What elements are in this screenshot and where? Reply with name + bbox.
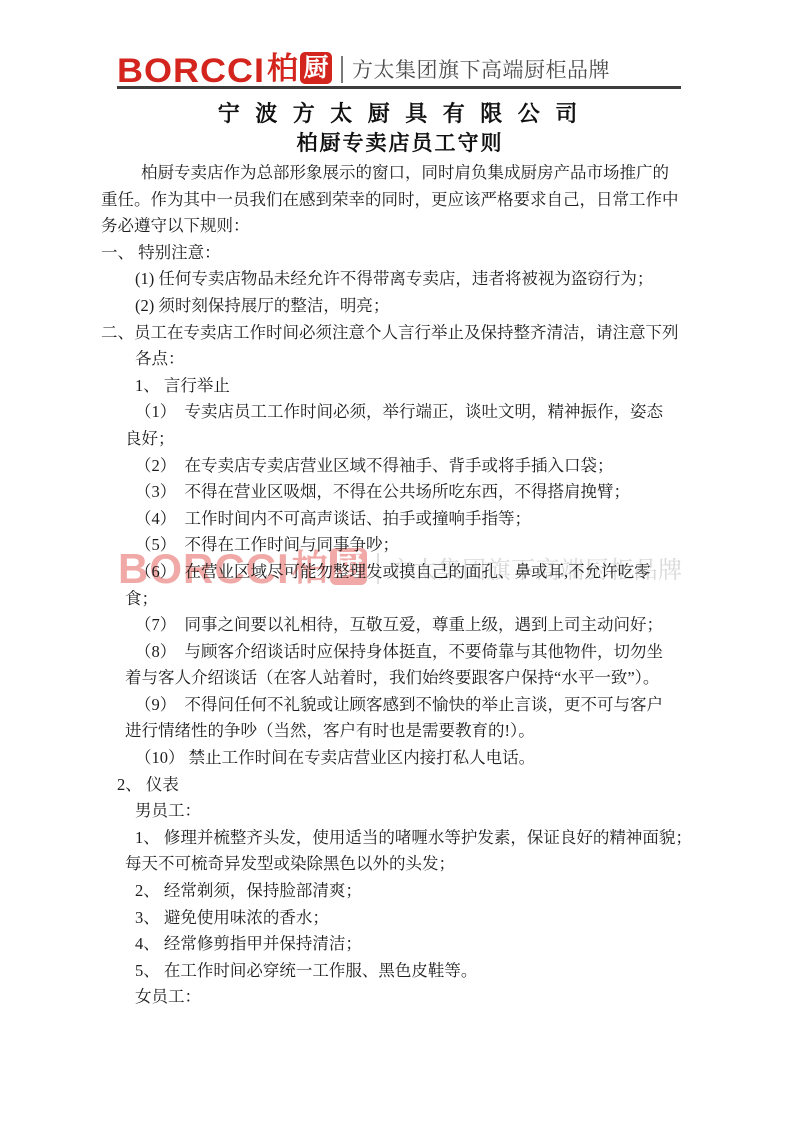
brand-logo: BORCCI 柏 厨 方太集团旗下高端厨柜品牌 <box>117 50 683 84</box>
logo-chu-character-box: 厨 <box>300 52 332 84</box>
body-line: 1、 言行举止 <box>101 373 695 400</box>
brand-tagline: 方太集团旗下高端厨柜品牌 <box>352 58 610 84</box>
logo-bai-character: 柏 <box>267 54 298 84</box>
company-title: 宁 波 方 太 厨 具 有 限 公 司 <box>0 100 800 127</box>
logo-separator-bar <box>341 56 343 83</box>
header: BORCCI 柏 厨 方太集团旗下高端厨柜品牌 <box>117 50 683 89</box>
body-line: 2、 经常剃须，保持脸部清爽； <box>101 878 695 905</box>
borcci-wordmark: BORCCI <box>117 57 265 84</box>
body-line: 着与客人介绍谈话（在客人站着时，我们始终要跟客户保持“水平一致”）。 <box>101 665 695 692</box>
body-line: 重任。作为其中一员我们在感到荣幸的同时，更应该严格要求自己，日常工作中 <box>101 187 695 214</box>
body-line: 每天不可梳奇异发型或染除黑色以外的头发； <box>101 851 695 878</box>
body-line: （6） 在营业区域尽可能勿整理发或摸自己的面孔、鼻或耳,不允许吃零 <box>101 559 695 586</box>
body-line: 各点： <box>101 346 695 373</box>
body-line: （5） 不得在工作时间与同事争吵； <box>101 532 695 559</box>
body-line: （7） 同事之间要以礼相待，互敬互爱，尊重上级，遇到上司主动问好； <box>101 612 695 639</box>
body-line: 女员工： <box>101 984 695 1011</box>
body-line: (2) 须时刻保持展厅的整洁，明亮； <box>101 293 695 320</box>
body-line: 5、 在工作时间必穿统一工作服、黑色皮鞋等。 <box>101 958 695 985</box>
body-line: 二、员工在专卖店工作时间必须注意个人言行举止及保持整齐清洁，请注意下列 <box>101 320 695 347</box>
body-line: 柏厨专卖店作为总部形象展示的窗口，同时肩负集成厨房产品市场推广的 <box>101 160 695 187</box>
document-title: 柏厨专卖店员工守则 <box>0 130 800 156</box>
document-page: BORCCI 柏 厨 方太集团旗下高端厨柜品牌 宁 波 方 太 厨 具 有 限 … <box>0 0 800 1131</box>
body-line: 良好； <box>101 426 695 453</box>
body-line: 食； <box>101 586 695 613</box>
body-line: （1） 专卖店员工工作时间必须，举行端正，谈吐文明，精神振作，姿态 <box>101 399 695 426</box>
body-line: 男员工： <box>101 798 695 825</box>
body-line: （8） 与顾客介绍谈话时应保持身体挺直，不要倚靠与其他物件，切勿坐 <box>101 639 695 666</box>
body-line: 2、 仪表 <box>101 772 695 799</box>
document-body: 柏厨专卖店作为总部形象展示的窗口，同时肩负集成厨房产品市场推广的重任。作为其中一… <box>101 160 695 1011</box>
body-line: （9） 不得问任何不礼貌或让顾客感到不愉快的举止言谈，更不可与客户 <box>101 692 695 719</box>
body-line: 务必遵守以下规则： <box>101 213 695 240</box>
body-line: 进行情绪性的争吵（当然，客户有时也是需要教育的!）。 <box>101 718 695 745</box>
body-line: （3） 不得在营业区吸烟，不得在公共场所吃东西，不得搭肩挽臂； <box>101 479 695 506</box>
body-line: 1、 修理并梳整齐头发，使用适当的啫喱水等护发素，保证良好的精神面貌； <box>101 825 695 852</box>
body-line: （10） 禁止工作时间在专卖店营业区内接打私人电话。 <box>101 745 695 772</box>
body-line: （2） 在专卖店专卖店营业区域不得袖手、背手或将手插入口袋； <box>101 453 695 480</box>
body-line: 4、 经常修剪指甲并保持清洁； <box>101 931 695 958</box>
body-line: （4） 工作时间内不可高声谈话、拍手或撞响手指等； <box>101 506 695 533</box>
body-line: 一、 特别注意： <box>101 240 695 267</box>
body-line: 3、 避免使用味浓的香水； <box>101 905 695 932</box>
body-line: (1) 任何专卖店物品未经允许不得带离专卖店，违者将被视为盗窃行为； <box>101 266 695 293</box>
title-block: 宁 波 方 太 厨 具 有 限 公 司 柏厨专卖店员工守则 <box>0 100 800 156</box>
